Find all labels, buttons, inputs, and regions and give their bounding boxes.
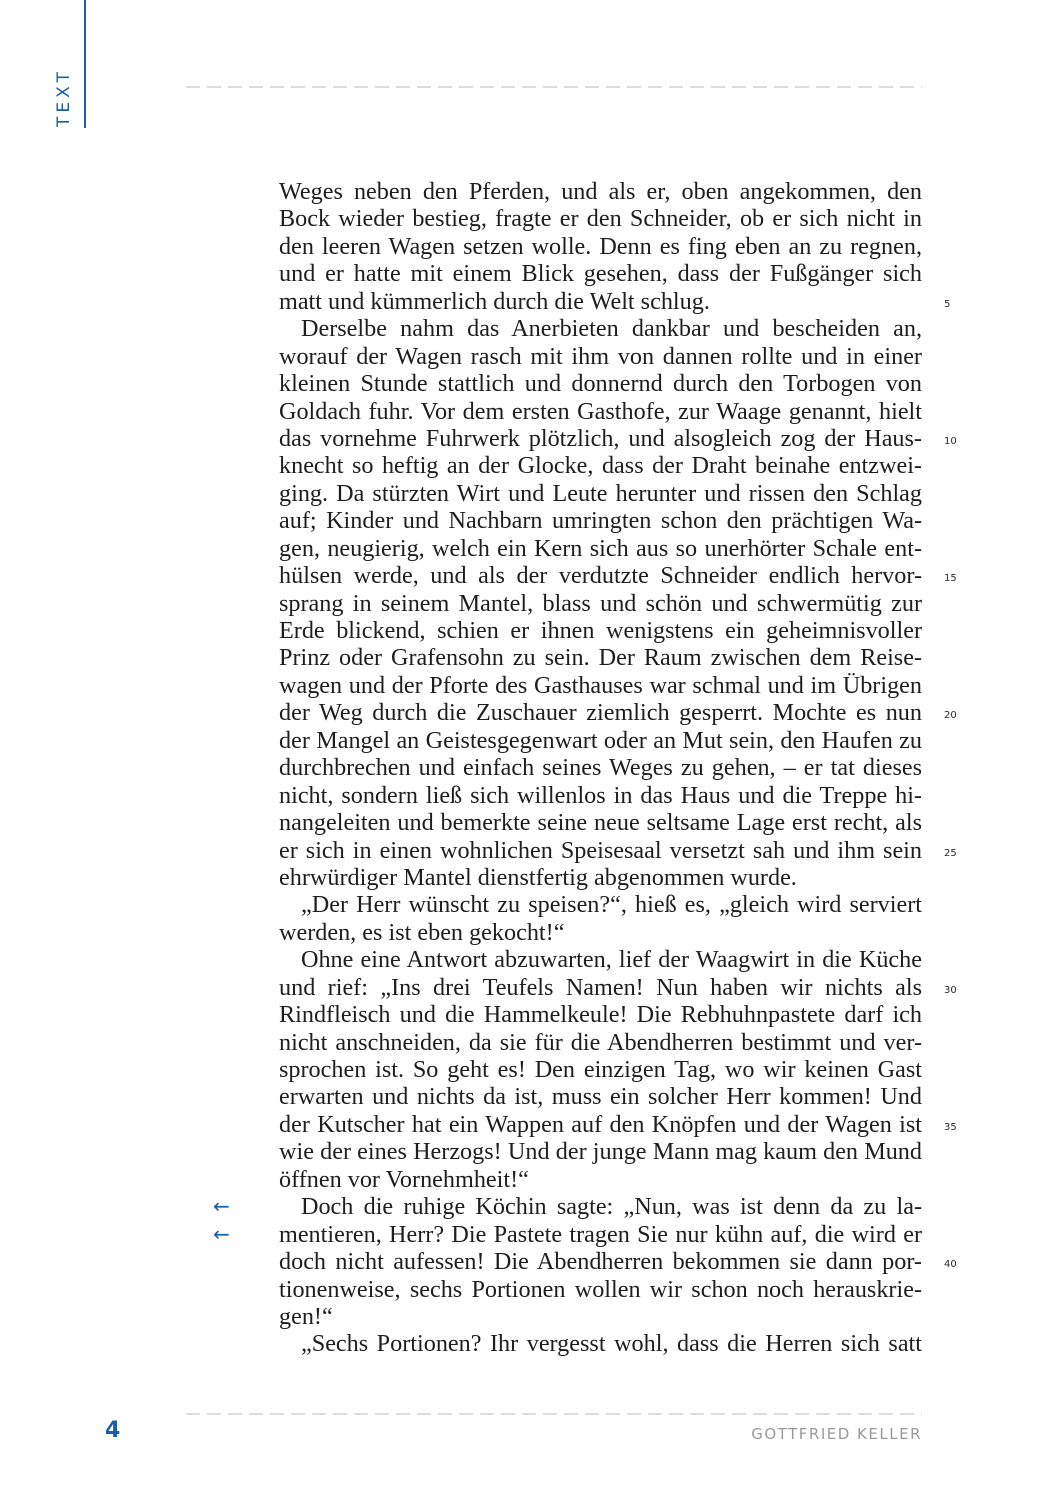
text-line-content: Erde blickend, schien er ihnen wenigsten…	[279, 617, 922, 644]
text-line-content: „Sechs Portionen? Ihr vergesst wohl, das…	[301, 1330, 922, 1357]
text-line-content: das vornehme Fuhrwerk plötzlich, und als…	[279, 425, 922, 452]
line-number: 5	[944, 288, 950, 318]
text-line-content: kleinen Stunde stattlich und donnernd du…	[279, 370, 922, 397]
text-line-content: er sich in einen wohnlichen Speisesaal v…	[279, 837, 922, 864]
text-line-content: hülsen werde, und als der verdutzte Schn…	[279, 562, 922, 589]
text-line: tionenweise, sechs Portionen wollen wir …	[279, 1276, 922, 1303]
text-line-content: wagen und der Pforte des Gasthauses war …	[279, 672, 922, 699]
body-text: Weges neben den Pferden, und als er, obe…	[279, 178, 922, 1358]
text-line: Doch die ruhige Köchin sagte: „Nun, was …	[279, 1193, 922, 1220]
text-line-content: ehrwürdiger Mantel dienstfertig abgenomm…	[279, 864, 797, 891]
text-line: Erde blickend, schien er ihnen wenigsten…	[279, 617, 922, 644]
text-line: der Kutscher hat ein Wappen auf den Knöp…	[279, 1111, 922, 1138]
text-line-content: nangeleiten und bemerkte seine neue selt…	[279, 809, 922, 836]
text-line: werden, es ist eben gekocht!“	[279, 919, 922, 946]
left-arrow-icon: ←	[213, 1193, 230, 1220]
line-number: 30	[944, 974, 957, 1004]
text-line-content: doch nicht aufessen! Die Abendherren bek…	[279, 1248, 922, 1275]
left-arrow-icon: ←	[213, 1221, 230, 1248]
text-line: und rief: „Ins drei Teufels Namen! Nun h…	[279, 974, 922, 1001]
section-accent-bar	[84, 0, 86, 128]
text-line-content: nicht, sondern ließ sich willenlos in da…	[279, 782, 922, 809]
text-line-content: nicht anschneiden, da sie für die Abendh…	[279, 1029, 922, 1056]
text-line: Derselbe nahm das Anerbieten dankbar und…	[279, 315, 922, 342]
text-line-content: tionenweise, sechs Portionen wollen wir …	[279, 1276, 922, 1303]
line-number: 35	[944, 1111, 957, 1141]
running-footer-author: GOTTFRIED KELLER	[751, 1425, 922, 1443]
text-line-content: ging. Da stürzten Wirt und Leute herunte…	[279, 480, 922, 507]
text-line-content: Rindfleisch und die Hammelkeule! Die Reb…	[279, 1001, 922, 1028]
text-line-content: gen, neugierig, welch ein Kern sich aus …	[279, 535, 922, 562]
text-line-content: durchbrechen und einfach seines Weges zu…	[279, 754, 922, 781]
text-line-content: erwarten und nichts da ist, muss ein sol…	[279, 1083, 922, 1110]
section-label: TEXT	[52, 66, 76, 130]
text-line: knecht so heftig an der Glocke, dass der…	[279, 452, 922, 479]
text-line-content: öffnen vor Vornehmheit!“	[279, 1166, 529, 1193]
text-line: Bock wieder bestieg, fragte er den Schne…	[279, 205, 922, 232]
text-line: sprang in seinem Mantel, blass und schön…	[279, 590, 922, 617]
text-line-content: der Mangel an Geistesgegenwart oder an M…	[279, 727, 922, 754]
text-line: kleinen Stunde stattlich und donnernd du…	[279, 370, 922, 397]
text-line-content: Bock wieder bestieg, fragte er den Schne…	[279, 205, 922, 232]
text-line: der Weg durch die Zuschauer ziemlich ges…	[279, 699, 922, 726]
text-line-content: Goldach fuhr. Vor dem ersten Gasthofe, z…	[279, 398, 922, 425]
text-line-content: Ohne eine Antwort abzuwarten, lief der W…	[301, 946, 922, 973]
footer-dashed-rule	[186, 1413, 922, 1415]
text-line: öffnen vor Vornehmheit!“	[279, 1166, 922, 1193]
text-line-content: worauf der Wagen rasch mit ihm von danne…	[279, 343, 922, 370]
text-line: nicht anschneiden, da sie für die Abendh…	[279, 1029, 922, 1056]
text-line-content: den leeren Wagen setzen wolle. Denn es f…	[279, 233, 922, 260]
text-line-content: Prinz oder Grafensohn zu sein. Der Raum …	[279, 644, 922, 671]
text-line: „Sechs Portionen? Ihr vergesst wohl, das…	[279, 1330, 922, 1357]
line-number: 40	[944, 1248, 957, 1278]
text-line-content: Derselbe nahm das Anerbieten dankbar und…	[301, 315, 922, 342]
text-line-content: mentieren, Herr? Die Pastete tragen Sie …	[279, 1221, 922, 1248]
text-line: Rindfleisch und die Hammelkeule! Die Reb…	[279, 1001, 922, 1028]
header-dashed-rule	[186, 86, 922, 88]
text-line: der Mangel an Geistesgegenwart oder an M…	[279, 727, 922, 754]
text-line-content: Doch die ruhige Köchin sagte: „Nun, was …	[301, 1193, 922, 1220]
text-line: nangeleiten und bemerkte seine neue selt…	[279, 809, 922, 836]
text-line: und er hatte mit einem Blick gesehen, da…	[279, 260, 922, 287]
line-number: 25	[944, 837, 957, 867]
text-line: wagen und der Pforte des Gasthauses war …	[279, 672, 922, 699]
text-line: ehrwürdiger Mantel dienstfertig abgenomm…	[279, 864, 922, 891]
text-line: sprochen ist. So geht es! Den einzigen T…	[279, 1056, 922, 1083]
text-line-content: der Kutscher hat ein Wappen auf den Knöp…	[279, 1111, 922, 1138]
text-line: „Der Herr wünscht zu speisen?“, hieß es,…	[279, 891, 922, 918]
text-line-content: wie der eines Herzogs! Und der junge Man…	[279, 1138, 922, 1165]
text-line: matt und kümmerlich durch die Welt schlu…	[279, 288, 922, 315]
text-line: doch nicht aufessen! Die Abendherren bek…	[279, 1248, 922, 1275]
text-line: worauf der Wagen rasch mit ihm von danne…	[279, 343, 922, 370]
text-line-content: knecht so heftig an der Glocke, dass der…	[279, 452, 922, 479]
text-line: Weges neben den Pferden, und als er, obe…	[279, 178, 922, 205]
text-line-content: der Weg durch die Zuschauer ziemlich ges…	[279, 699, 922, 726]
text-line-content: sprang in seinem Mantel, blass und schön…	[279, 590, 922, 617]
text-line: gen!“	[279, 1303, 922, 1330]
text-line: hülsen werde, und als der verdutzte Schn…	[279, 562, 922, 589]
text-line: mentieren, Herr? Die Pastete tragen Sie …	[279, 1221, 922, 1248]
text-line: erwarten und nichts da ist, muss ein sol…	[279, 1083, 922, 1110]
text-line-content: matt und kümmerlich durch die Welt schlu…	[279, 288, 710, 315]
text-line: nicht, sondern ließ sich willenlos in da…	[279, 782, 922, 809]
text-line: Goldach fuhr. Vor dem ersten Gasthofe, z…	[279, 398, 922, 425]
text-line: das vornehme Fuhrwerk plötzlich, und als…	[279, 425, 922, 452]
text-line-content: „Der Herr wünscht zu speisen?“, hieß es,…	[301, 891, 922, 918]
text-line: er sich in einen wohnlichen Speisesaal v…	[279, 837, 922, 864]
line-number: 15	[944, 562, 957, 592]
text-line-content: sprochen ist. So geht es! Den einzigen T…	[279, 1056, 922, 1083]
text-line-content: und rief: „Ins drei Teufels Namen! Nun h…	[279, 974, 922, 1001]
text-line-content: Weges neben den Pferden, und als er, obe…	[279, 178, 922, 205]
text-line-content: werden, es ist eben gekocht!“	[279, 919, 564, 946]
text-line-content: gen!“	[279, 1303, 333, 1330]
text-line: ging. Da stürzten Wirt und Leute herunte…	[279, 480, 922, 507]
text-line: durchbrechen und einfach seines Weges zu…	[279, 754, 922, 781]
page-number: 4	[105, 1418, 120, 1443]
text-line-content: auf; Kinder und Nachbarn umringten schon…	[279, 507, 922, 534]
text-line: Ohne eine Antwort abzuwarten, lief der W…	[279, 946, 922, 973]
text-line: Prinz oder Grafensohn zu sein. Der Raum …	[279, 644, 922, 671]
text-line: gen, neugierig, welch ein Kern sich aus …	[279, 535, 922, 562]
line-number: 10	[944, 425, 957, 455]
text-line: wie der eines Herzogs! Und der junge Man…	[279, 1138, 922, 1165]
text-line: den leeren Wagen setzen wolle. Denn es f…	[279, 233, 922, 260]
text-line: auf; Kinder und Nachbarn umringten schon…	[279, 507, 922, 534]
line-number: 20	[944, 699, 957, 729]
text-line-content: und er hatte mit einem Blick gesehen, da…	[279, 260, 922, 287]
